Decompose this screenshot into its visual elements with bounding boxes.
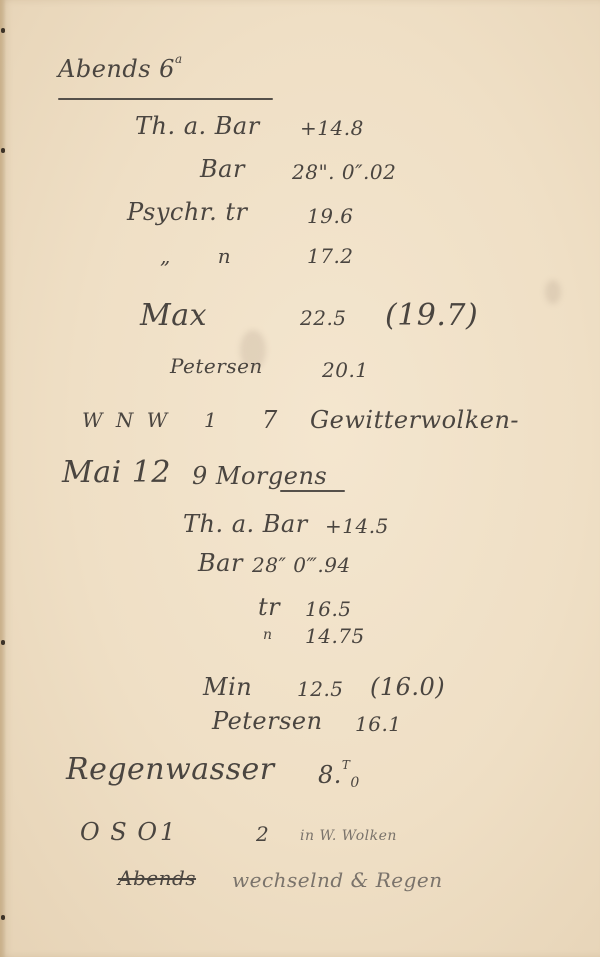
barometer-value: 28". 0″.02 xyxy=(292,160,396,184)
thermometer-label: Th. a. Bar xyxy=(183,510,308,538)
barometer-label: Bar xyxy=(200,155,245,183)
psychrometer-wet-value: 17.2 xyxy=(307,244,354,268)
rainwater-label: Regenwasser xyxy=(66,752,275,787)
morning-time: 9 Morgens xyxy=(192,462,327,490)
minimum-value: 12.5 xyxy=(297,677,344,701)
petersen-label: Petersen xyxy=(212,707,323,735)
petersen-label: Petersen xyxy=(170,354,263,378)
petersen-value: 16.1 xyxy=(355,712,402,736)
minimum-label: Min xyxy=(203,673,252,701)
thermometer-value: +14.8 xyxy=(300,116,364,140)
psychrometer-dry-value: 19.6 xyxy=(307,204,354,228)
psychrometer-wet-label: n xyxy=(263,627,273,643)
binding-stitch xyxy=(1,28,5,33)
psychrometer-wet-label: „ n xyxy=(160,244,231,268)
barometer-label: Bar xyxy=(198,549,243,577)
wind-force: 1 xyxy=(204,408,217,432)
evening-heading: Abends 6a xyxy=(58,52,183,83)
psychrometer-dry-value: 16.5 xyxy=(305,597,352,621)
time-underline xyxy=(280,490,345,492)
struck-word: Abends xyxy=(118,866,196,890)
binding-stitch xyxy=(1,915,5,920)
wind-direction: W N W xyxy=(82,408,168,432)
weather-note: Gewitterwolken- xyxy=(310,406,519,434)
weather-note: in W. Wolken xyxy=(300,828,397,844)
binding-stitch xyxy=(1,148,5,153)
thermometer-value: +14.5 xyxy=(325,514,389,538)
wind-force: 1 xyxy=(160,818,176,846)
psychrometer-dry-label: tr xyxy=(258,593,280,621)
page-spine xyxy=(0,0,6,957)
maximum-paren-value: (19.7) xyxy=(385,298,478,333)
notebook-page: Abends 6a Th. a. Bar +14.8 Bar 28". 0″.0… xyxy=(0,0,600,957)
paper-stain xyxy=(545,280,561,304)
cloud-cover: 2 xyxy=(256,822,269,846)
thermometer-label: Th. a. Bar xyxy=(135,112,260,140)
maximum-label: Max xyxy=(140,298,207,333)
cloud-cover: 7 xyxy=(262,406,278,434)
petersen-value: 20.1 xyxy=(322,358,369,382)
footer-note: wechselnd & Regen xyxy=(232,868,443,892)
wind-direction: O S O xyxy=(80,818,158,846)
maximum-value: 22.5 xyxy=(300,306,347,330)
rainwater-value: 8.T0 xyxy=(318,758,360,791)
heading-underline xyxy=(58,98,273,100)
psychrometer-dry-label: Psychr. tr xyxy=(127,198,248,226)
binding-stitch xyxy=(1,640,5,645)
psychrometer-wet-value: 14.75 xyxy=(305,624,365,648)
barometer-value: 28″ 0‴.94 xyxy=(252,553,351,577)
minimum-paren-value: (16.0) xyxy=(370,673,445,701)
morning-date: Mai 12 xyxy=(62,455,171,490)
